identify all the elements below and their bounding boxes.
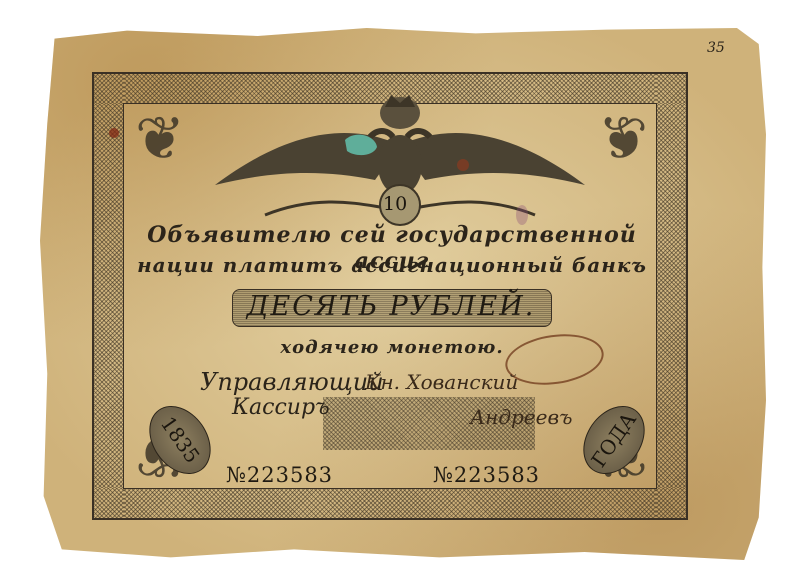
serial-number-right: №223583 xyxy=(433,463,540,487)
year-text: 1835 xyxy=(156,412,205,467)
handwritten-number: 35 xyxy=(707,40,725,56)
denomination-text: ДЕСЯТЬ РУБЛЕЙ. xyxy=(232,291,550,322)
acanthus-ornament-icon: ❦ xyxy=(588,104,658,174)
acanthus-ornament-icon: ❦ xyxy=(125,104,195,174)
manager-signature: Кн. Хованский xyxy=(365,370,518,394)
emblem-denomination: 10 xyxy=(383,193,407,215)
cashier-label: Кассиръ xyxy=(232,395,330,420)
serial-number-left: №223583 xyxy=(226,463,333,487)
manager-label: Управляющий xyxy=(200,368,384,396)
legal-text-line-2: нации платитъ ассигнационный банкъ xyxy=(125,253,659,277)
cashier-signature: Андреевъ xyxy=(470,405,572,429)
stain xyxy=(109,128,119,138)
